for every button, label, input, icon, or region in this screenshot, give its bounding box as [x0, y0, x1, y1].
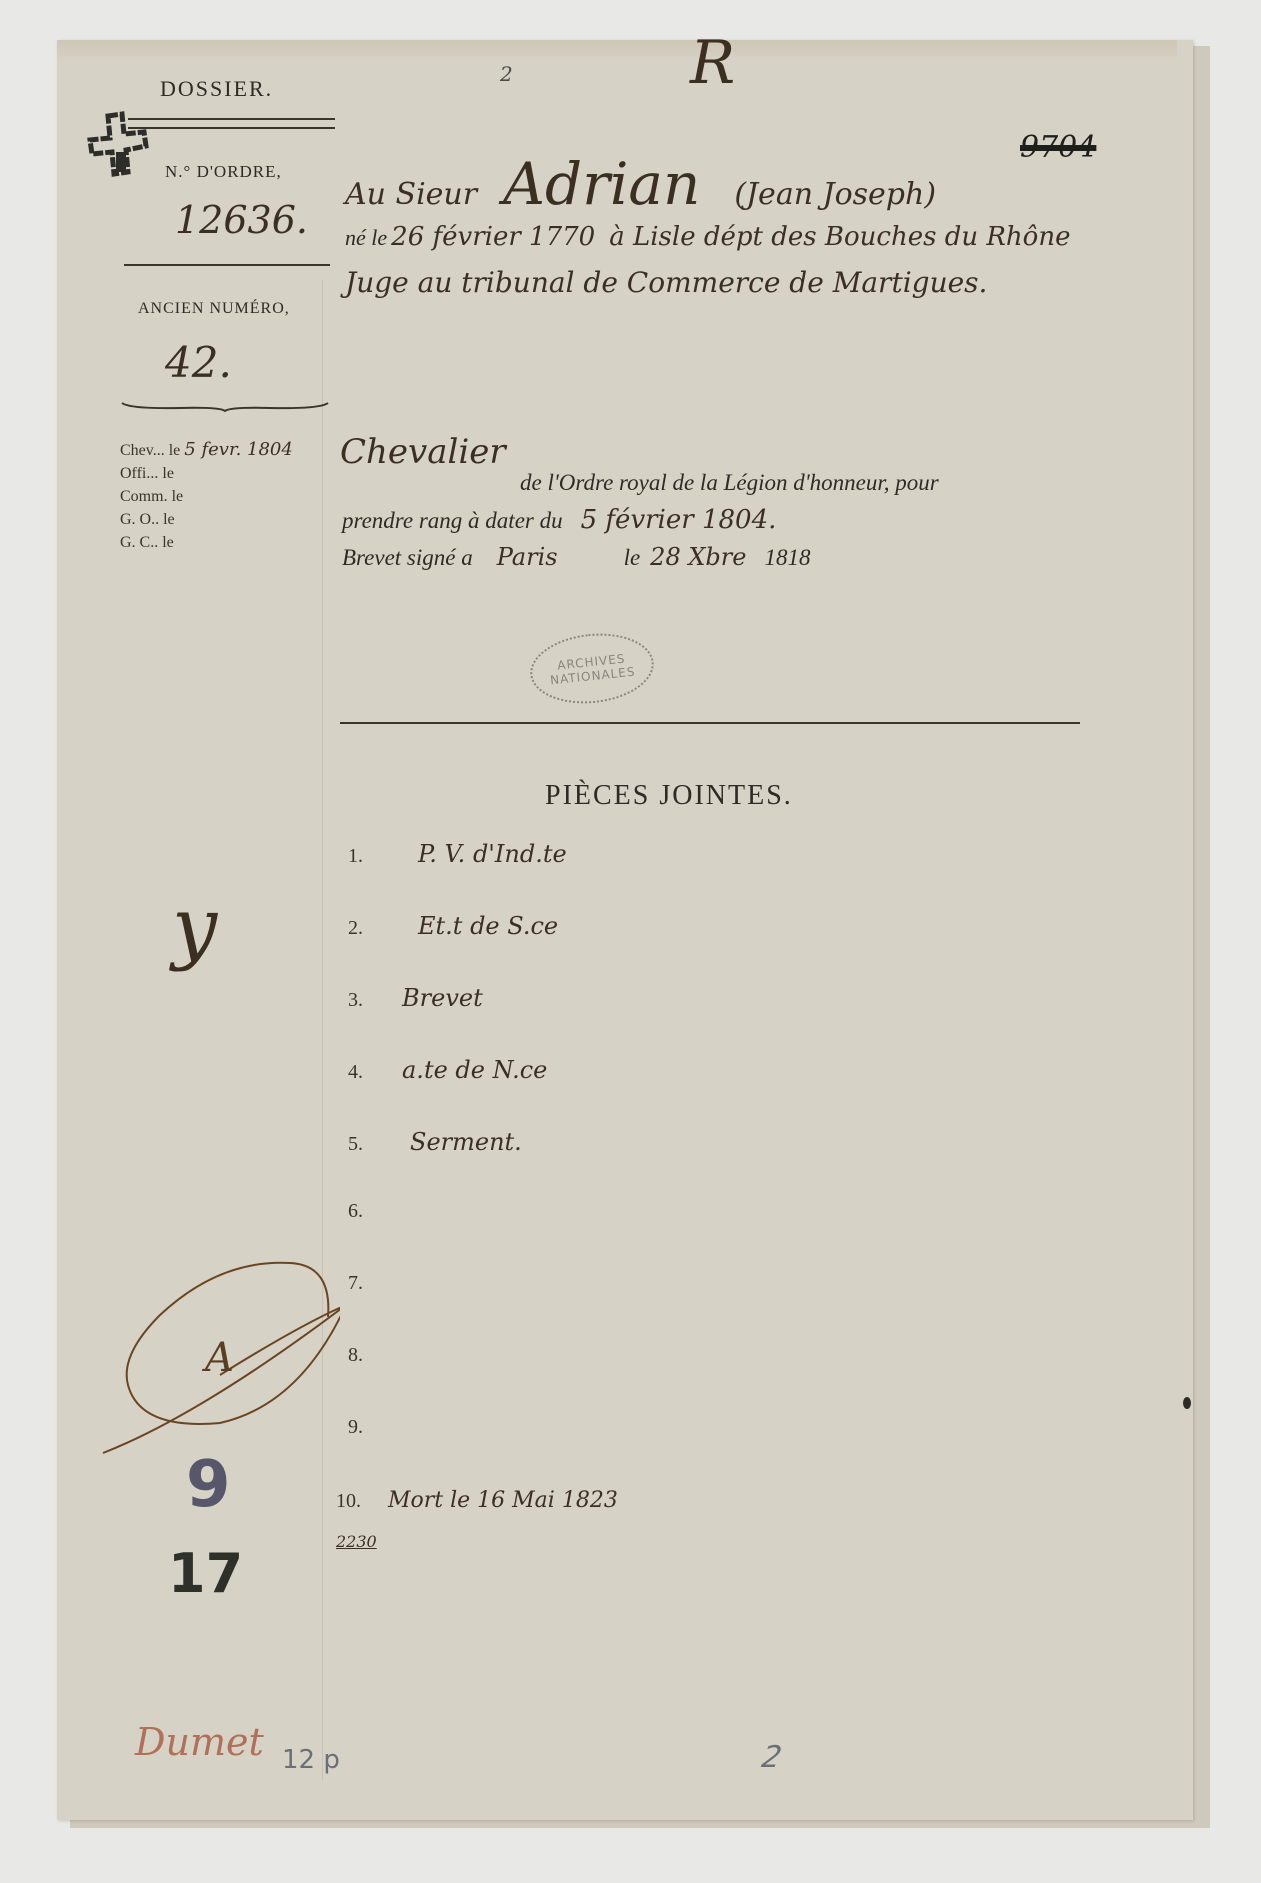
- occupation: Juge au tribunal de Commerce de Martigue…: [345, 266, 987, 299]
- column-divider: [322, 280, 323, 1780]
- order-number: 12636.: [175, 198, 308, 242]
- corner-initial: R: [690, 28, 735, 98]
- recipient-prefix: Au Sieur: [345, 177, 477, 212]
- recipient-given-names: (Jean Joseph): [734, 177, 936, 212]
- order-rule: [124, 264, 330, 266]
- piece-item: 3.Brevet: [348, 984, 618, 1056]
- brevet-le: le: [624, 545, 641, 570]
- brevet-day-month: 28 Xbre: [650, 543, 746, 571]
- top-pencil-mark: 2: [500, 62, 513, 86]
- dossier-label: DOSSIER.: [160, 76, 273, 102]
- piece-item: 2.Et.t de S.ce: [348, 912, 618, 984]
- ornamental-rule: [120, 400, 330, 412]
- paraph-initial: A: [205, 1335, 234, 1381]
- piece-item: 9.: [348, 1416, 618, 1488]
- double-rule-bottom: [128, 127, 335, 129]
- recipient-surname: Adrian: [503, 150, 700, 218]
- piece-item: 10.Mort le 16 Mai 1823: [336, 1488, 618, 1532]
- pieces-footnote: 2230: [336, 1532, 618, 1551]
- rank-row: Chev... le 5 fevr. 1804: [120, 438, 293, 462]
- former-number-label: ANCIEN NUMÉRO,: [138, 300, 290, 318]
- brevet-place: Paris: [497, 543, 558, 571]
- margin-mark: y: [172, 880, 217, 973]
- rank-row: Offi... le: [120, 462, 293, 485]
- rank-row: G. C.. le: [120, 531, 293, 554]
- birth-place: à Lisle dépt des Bouches du Rhône: [609, 222, 1070, 252]
- double-rule-top: [128, 118, 335, 120]
- former-number: 42.: [165, 338, 232, 387]
- piece-item: 4.a.te de N.ce: [348, 1056, 618, 1128]
- rank-date: 5 février 1804.: [581, 505, 777, 535]
- pieces-title: PIÈCES JOINTES.: [545, 780, 793, 812]
- pieces-list: 1.P. V. d'Ind.te 2.Et.t de S.ce 3.Brevet…: [348, 840, 618, 1551]
- black-number: 17: [168, 1542, 243, 1605]
- piece-item: 8.: [348, 1344, 618, 1416]
- pencil-12p: 12 p: [282, 1745, 340, 1775]
- ink-blot: [1183, 1397, 1191, 1409]
- order-number-label: N.° D'ORDRE,: [165, 162, 282, 182]
- blue-number: 9: [186, 1448, 231, 1522]
- grade: Chevalier: [340, 432, 506, 472]
- birth-prefix: né le: [345, 225, 387, 250]
- recipient-line: Au Sieur Adrian (Jean Joseph): [345, 150, 936, 218]
- rank-date: 5 fevr. 1804: [184, 439, 293, 460]
- brevet-text: Brevet signé a: [342, 545, 473, 570]
- section-rule: [340, 722, 1080, 724]
- cross-stamp-icon: [80, 108, 150, 178]
- birth-date: 26 février 1770: [391, 222, 595, 252]
- piece-item: 6.: [348, 1200, 618, 1272]
- birth-line: né le 26 février 1770 à Lisle dépt des B…: [345, 222, 1070, 252]
- brevet-year: 1818: [764, 545, 810, 570]
- top-fold-edge: [57, 40, 1177, 62]
- rank-text: prendre rang à dater du: [342, 508, 563, 533]
- crossed-out-number: 9704: [1020, 130, 1096, 165]
- piece-item: 1.P. V. d'Ind.te: [348, 840, 618, 912]
- ranks-list: Chev... le 5 fevr. 1804 Offi... le Comm.…: [120, 438, 293, 554]
- order-text: de l'Ordre royal de la Légion d'honneur,…: [520, 470, 939, 496]
- red-signature: Dumet: [135, 1720, 264, 1764]
- piece-item: 7.: [348, 1272, 618, 1344]
- rank-row: G. O.. le: [120, 508, 293, 531]
- rank-date-line: prendre rang à dater du 5 février 1804.: [342, 505, 776, 535]
- rank-row: Comm. le: [120, 485, 293, 508]
- piece-item: 5.Serment.: [348, 1128, 618, 1200]
- brevet-line: Brevet signé a Paris le 28 Xbre 1818: [342, 543, 810, 571]
